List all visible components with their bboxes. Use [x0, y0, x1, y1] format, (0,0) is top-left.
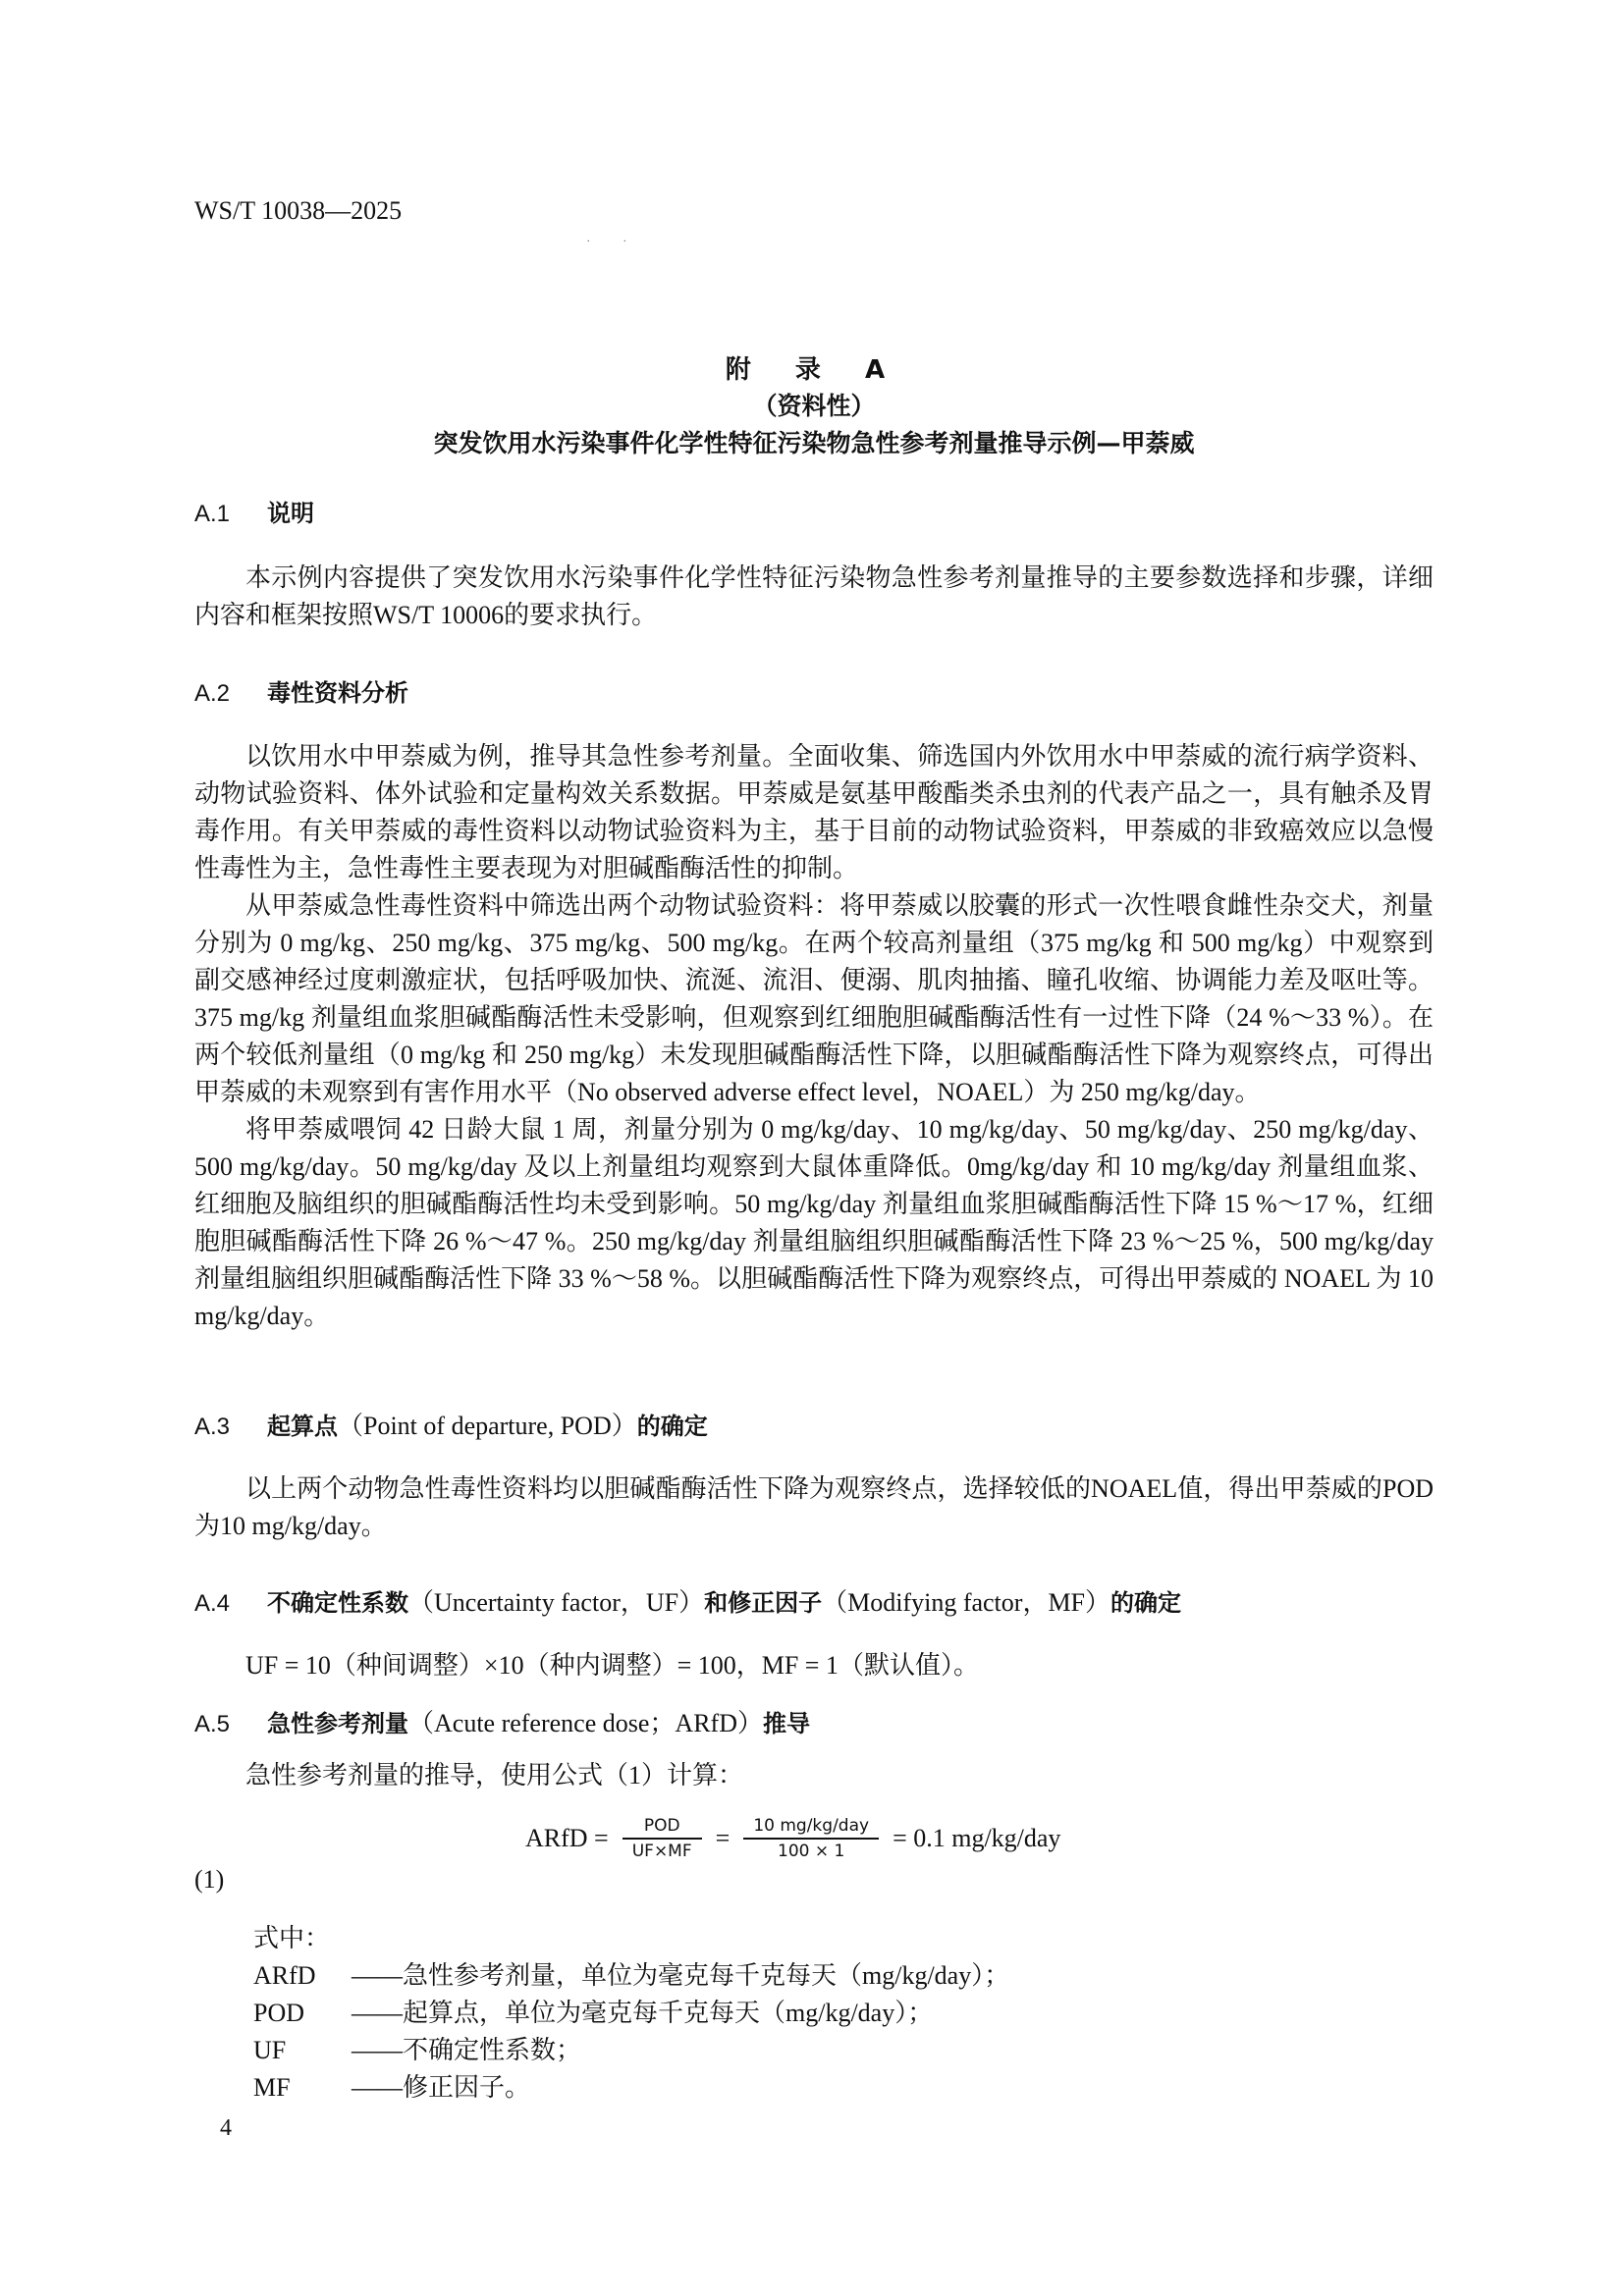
section-heading-a3: A.3起算点（Point of departure, POD）的确定	[194, 1406, 708, 1442]
section-title-english: （Acute reference dose；ARfD）	[408, 1709, 763, 1737]
document-code: WS/T 10038—2025	[194, 196, 402, 226]
section-title-english: （Point of departure, POD）	[338, 1412, 637, 1440]
definition-row: UF ——不确定性系数；	[253, 2032, 1009, 2069]
header-dots: . .	[587, 234, 642, 244]
section-title-english: （Uncertainty factor，UF）	[408, 1588, 704, 1617]
arfd-formula: ARfD = POD UF×MF = 10 mg/kg/day 100 × 1 …	[525, 1814, 1060, 1863]
fraction-numerator: 10 mg/kg/day	[743, 1814, 879, 1838]
definition-symbol: UF	[253, 2032, 352, 2069]
formula-result: = 0.1 mg/kg/day	[893, 1824, 1060, 1853]
section-body-a4: UF = 10（种间调整）×10（种内调整）= 100，MF = 1（默认值）。	[194, 1647, 1434, 1684]
section-title-english-2: （Modifying factor，MF）	[822, 1588, 1110, 1617]
definition-row: POD ——起算点，单位为毫克每千克每天（mg/kg/day）；	[253, 1995, 1009, 2032]
section-body-a2: 以饮用水中甲萘威为例，推导其急性参考剂量。全面收集、筛选国内外饮用水中甲萘威的流…	[194, 738, 1434, 1335]
fraction-pod-over-uf-mf: POD UF×MF	[623, 1814, 702, 1863]
symbol-definitions: ARfD ——急性参考剂量，单位为毫克每千克每天（mg/kg/day）； POD…	[253, 1957, 1009, 2107]
paragraph: 急性参考剂量的推导，使用公式（1）计算：	[194, 1757, 1434, 1794]
equation-number: (1)	[194, 1865, 224, 1895]
fraction-values: 10 mg/kg/day 100 × 1	[743, 1814, 879, 1863]
section-title: 说明	[267, 500, 314, 527]
paragraph: 从甲萘威急性毒性资料中筛选出两个动物试验资料：将甲萘威以胶囊的形式一次性喂食雌性…	[194, 887, 1434, 1111]
section-number: A.2	[194, 680, 267, 708]
definition-text: ——不确定性系数；	[352, 2032, 581, 2069]
formula-equals: =	[716, 1824, 731, 1853]
appendix-title: 突发饮用水污染事件化学性特征污染物急性参考剂量推导示例—甲萘威	[194, 424, 1434, 459]
section-number: A.1	[194, 501, 267, 528]
section-number: A.3	[194, 1414, 267, 1441]
paragraph: UF = 10（种间调整）×10（种内调整）= 100，MF = 1（默认值）。	[194, 1647, 1434, 1684]
fraction-denominator: 100 × 1	[768, 1840, 854, 1863]
section-body-a5: 急性参考剂量的推导，使用公式（1）计算：	[194, 1757, 1434, 1794]
definition-text: ——起算点，单位为毫克每千克每天（mg/kg/day）；	[352, 1995, 933, 2032]
section-title-mid: 和修正因子	[704, 1589, 822, 1617]
section-heading-a4: A.4不确定性系数（Uncertainty factor，UF）和修正因子（Mo…	[194, 1582, 1181, 1619]
paragraph: 本示例内容提供了突发饮用水污染事件化学性特征污染物急性参考剂量推导的主要参数选择…	[194, 560, 1434, 634]
section-title: 不确定性系数	[267, 1589, 408, 1617]
definition-symbol: MF	[253, 2069, 352, 2107]
definition-symbol: ARfD	[253, 1957, 352, 1995]
appendix-nature: （资料性）	[194, 387, 1434, 422]
section-number: A.4	[194, 1590, 267, 1618]
section-title-tail: 的确定	[637, 1413, 708, 1440]
page-number: 4	[220, 2115, 232, 2142]
section-body-a3: 以上两个动物急性毒性资料均以胆碱酯酶活性下降为观察终点，选择较低的NOAEL值，…	[194, 1470, 1434, 1545]
section-heading-a2: A.2毒性资料分析	[194, 673, 408, 708]
section-title-tail: 的确定	[1110, 1589, 1181, 1617]
definition-text: ——急性参考剂量，单位为毫克每千克每天（mg/kg/day）；	[352, 1957, 1009, 1995]
definition-row: ARfD ——急性参考剂量，单位为毫克每千克每天（mg/kg/day）；	[253, 1957, 1009, 1995]
definition-symbol: POD	[253, 1995, 352, 2032]
section-title-tail: 推导	[763, 1710, 810, 1737]
section-number: A.5	[194, 1711, 267, 1738]
formula-lhs: ARfD =	[525, 1824, 609, 1853]
paragraph: 将甲萘威喂饲 42 日龄大鼠 1 周，剂量分别为 0 mg/kg/day、10 …	[194, 1111, 1434, 1335]
definition-row: MF ——修正因子。	[253, 2069, 1009, 2107]
definition-text: ——修正因子。	[352, 2069, 530, 2107]
where-label: 式中：	[253, 1920, 330, 1957]
paragraph: 以上两个动物急性毒性资料均以胆碱酯酶活性下降为观察终点，选择较低的NOAEL值，…	[194, 1470, 1434, 1545]
fraction-numerator: POD	[634, 1814, 690, 1838]
section-title: 起算点	[267, 1413, 338, 1440]
paragraph: 以饮用水中甲萘威为例，推导其急性参考剂量。全面收集、筛选国内外饮用水中甲萘威的流…	[194, 738, 1434, 887]
section-title: 急性参考剂量	[267, 1710, 408, 1737]
section-body-a1: 本示例内容提供了突发饮用水污染事件化学性特征污染物急性参考剂量推导的主要参数选择…	[194, 560, 1434, 634]
section-heading-a5: A.5急性参考剂量（Acute reference dose；ARfD）推导	[194, 1703, 810, 1739]
appendix-label: 附 录 A	[194, 349, 1434, 386]
section-title: 毒性资料分析	[267, 679, 408, 707]
fraction-denominator: UF×MF	[623, 1840, 702, 1863]
section-heading-a1: A.1说明	[194, 494, 314, 528]
